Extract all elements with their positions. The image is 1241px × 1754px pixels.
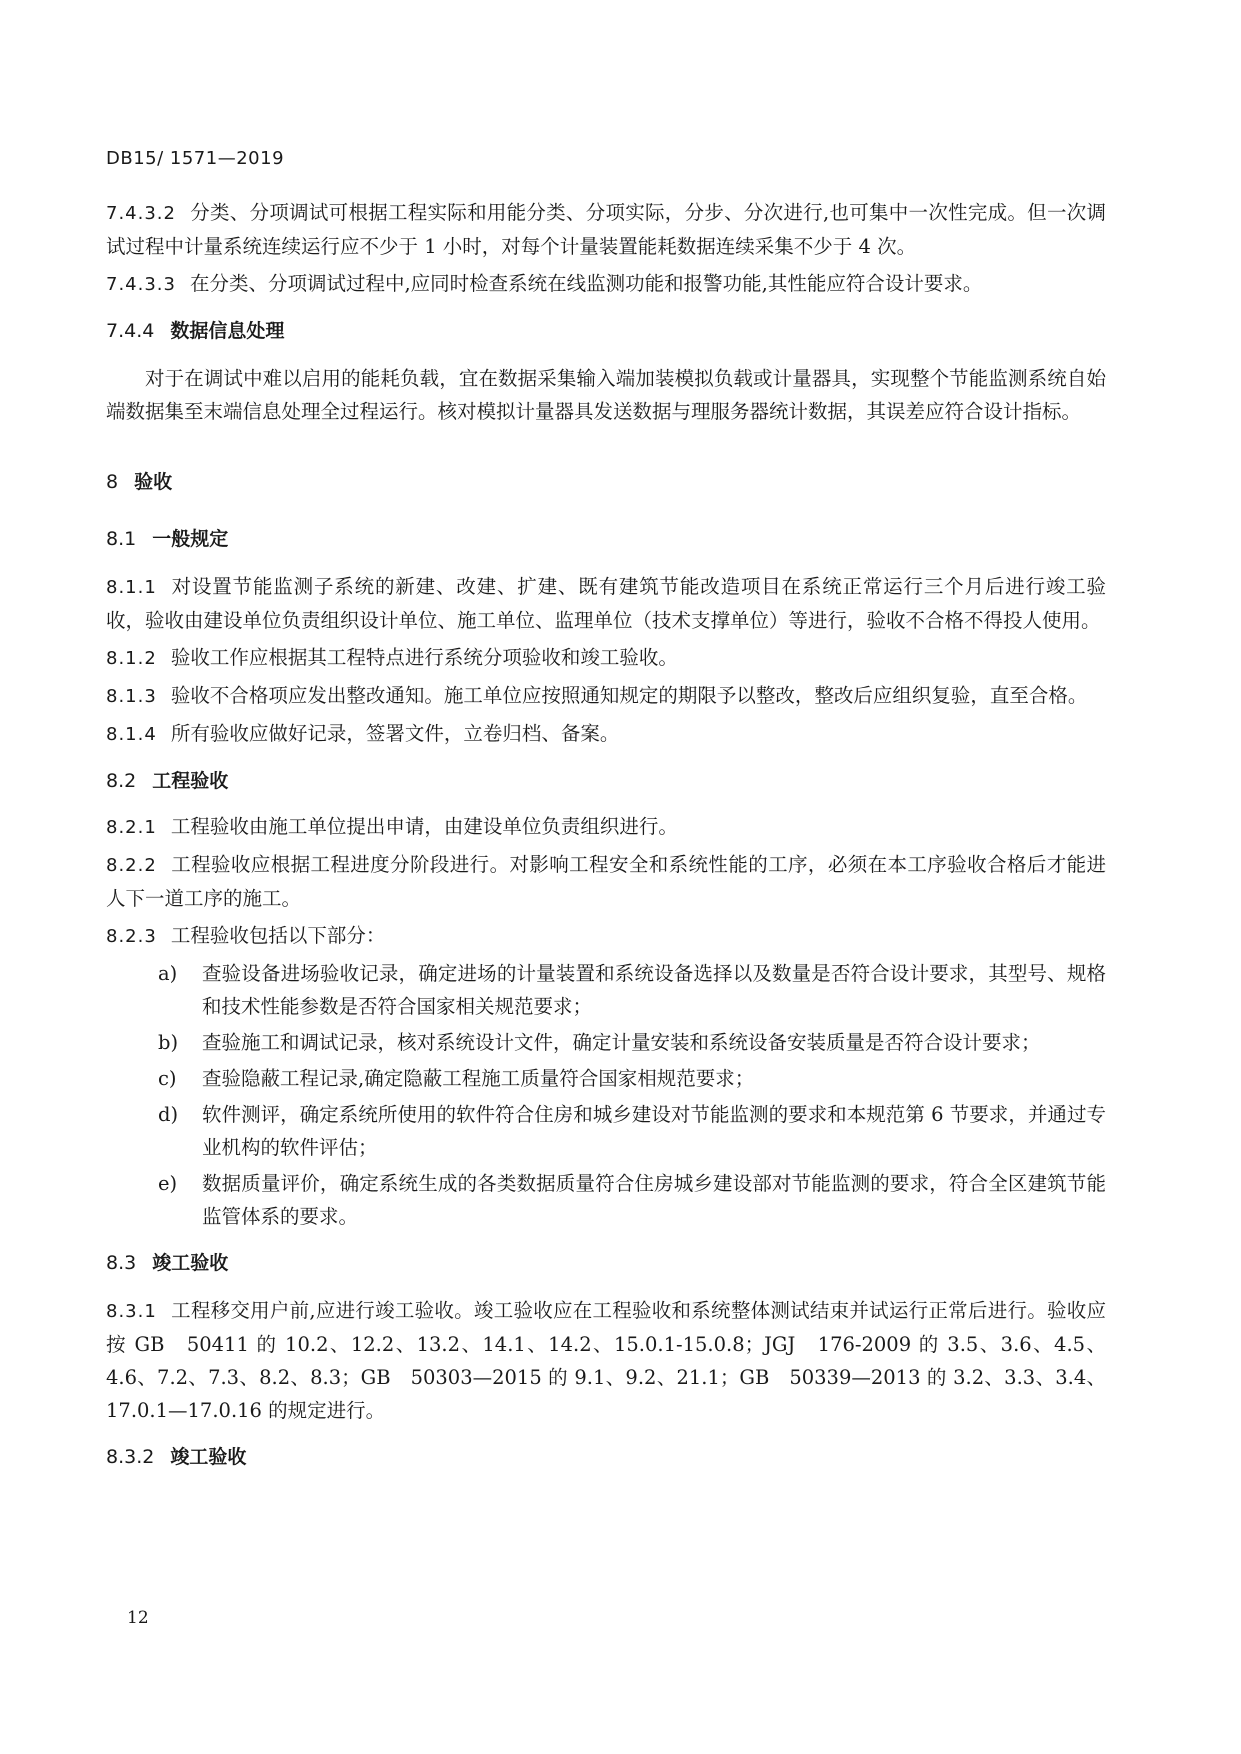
clause-number: 8.1.2 <box>106 648 157 669</box>
paragraph-7-4-4: 对于在调试中难以启用的能耗负载，宜在数据采集输入端加装模拟负载或计量器具，实现整… <box>106 362 1106 428</box>
heading-number: 8.3.2 <box>106 1446 154 1468</box>
list-marker: c) <box>158 1062 177 1095</box>
document-code: DB15/ 1571—2019 <box>106 148 284 169</box>
heading-8-3-2: 8.3.2竣工验收 <box>106 1441 1106 1474</box>
list-marker: a) <box>158 957 177 990</box>
clause-number: 8.3.1 <box>106 1301 157 1322</box>
document-body: 7.4.3.2分类、分项调试可根据工程实际和用能分类、分项实际，分步、分次进行,… <box>106 196 1106 1474</box>
clause-8-1-2: 8.1.2验收工作应根据其工程特点进行系统分项验收和竣工验收。 <box>106 641 1106 675</box>
heading-title: 工程验收 <box>152 770 228 792</box>
clause-number: 8.2.3 <box>106 926 157 947</box>
clause-number: 8.1.1 <box>106 577 157 598</box>
heading-number: 8 <box>106 471 118 493</box>
list-marker: e) <box>158 1167 177 1200</box>
clause-8-1-3: 8.1.3验收不合格项应发出整改通知。施工单位应按照通知规定的期限予以整改，整改… <box>106 679 1106 713</box>
heading-number: 8.3 <box>106 1252 136 1274</box>
heading-number: 8.1 <box>106 528 136 550</box>
list-item-text: 软件测评，确定系统所使用的软件符合住房和城乡建设对节能监测的要求和本规范第 6 … <box>202 1103 1106 1159</box>
clause-text: 工程移交用户前,应进行竣工验收。竣工验收应在工程验收和系统整体测试结束并试运行正… <box>106 1299 1106 1422</box>
clause-text: 分类、分项调试可根据工程实际和用能分类、分项实际，分步、分次进行,也可集中一次性… <box>106 201 1106 258</box>
heading-title: 一般规定 <box>152 528 228 550</box>
clause-text: 工程验收由施工单位提出申请，由建设单位负责组织进行。 <box>171 815 678 838</box>
heading-number: 7.4.4 <box>106 320 154 342</box>
clause-number: 7.4.3.2 <box>106 203 176 224</box>
list-marker: b) <box>158 1026 178 1059</box>
clause-8-2-1: 8.2.1工程验收由施工单位提出申请，由建设单位负责组织进行。 <box>106 810 1106 844</box>
clause-text: 工程验收应根据工程进度分阶段进行。对影响工程安全和系统性能的工序，必须在本工序验… <box>106 853 1106 910</box>
list-item-e: e) 数据质量评价，确定系统生成的各类数据质量符合住房城乡建设部对节能监测的要求… <box>106 1167 1106 1233</box>
clause-8-1-1: 8.1.1对设置节能监测子系统的新建、改建、扩建、既有建筑节能改造项目在系统正常… <box>106 570 1106 637</box>
clause-8-2-2: 8.2.2工程验收应根据工程进度分阶段进行。对影响工程安全和系统性能的工序，必须… <box>106 848 1106 915</box>
clause-8-1-4: 8.1.4所有验收应做好记录，签署文件，立卷归档、备案。 <box>106 717 1106 751</box>
clause-text: 在分类、分项调试过程中,应同时检查系统在线监测功能和报警功能,其性能应符合设计要… <box>190 272 982 295</box>
heading-title: 数据信息处理 <box>170 320 284 342</box>
clause-8-3-1: 8.3.1工程移交用户前,应进行竣工验收。竣工验收应在工程验收和系统整体测试结束… <box>106 1294 1106 1427</box>
heading-title: 验收 <box>134 471 172 493</box>
list-item-d: d) 软件测评，确定系统所使用的软件符合住房和城乡建设对节能监测的要求和本规范第… <box>106 1098 1106 1164</box>
list-item-text: 查验隐蔽工程记录,确定隐蔽工程施工质量符合国家相规范要求； <box>202 1067 754 1090</box>
document-page: DB15/ 1571—2019 7.4.3.2分类、分项调试可根据工程实际和用能… <box>0 0 1241 1754</box>
clause-number: 7.4.3.3 <box>106 274 176 295</box>
clause-8-2-3: 8.2.3工程验收包括以下部分： <box>106 919 1106 953</box>
list-item-text: 查验施工和调试记录，核对系统设计文件，确定计量安装和系统设备安装质量是否符合设计… <box>202 1031 1041 1054</box>
clause-text: 所有验收应做好记录，签署文件，立卷归档、备案。 <box>171 722 620 745</box>
page-number: 12 <box>127 1608 149 1628</box>
clause-text: 工程验收包括以下部分： <box>171 924 386 947</box>
heading-title: 竣工验收 <box>170 1446 246 1468</box>
heading-8-2: 8.2工程验收 <box>106 765 1106 798</box>
clause-text: 对设置节能监测子系统的新建、改建、扩建、既有建筑节能改造项目在系统正常运行三个月… <box>106 575 1106 632</box>
clause-text: 验收不合格项应发出整改通知。施工单位应按照通知规定的期限予以整改，整改后应组织复… <box>171 684 1088 707</box>
heading-title: 竣工验收 <box>152 1252 228 1274</box>
list-item-c: c) 查验隐蔽工程记录,确定隐蔽工程施工质量符合国家相规范要求； <box>106 1062 1106 1095</box>
heading-8-1: 8.1一般规定 <box>106 523 1106 556</box>
heading-8-3: 8.3竣工验收 <box>106 1247 1106 1280</box>
chapter-heading-8: 8验收 <box>106 466 1106 499</box>
list-item-text: 数据质量评价，确定系统生成的各类数据质量符合住房城乡建设部对节能监测的要求，符合… <box>202 1172 1106 1228</box>
list-marker: d) <box>158 1098 178 1131</box>
list-item-b: b) 查验施工和调试记录，核对系统设计文件，确定计量安装和系统设备安装质量是否符… <box>106 1026 1106 1059</box>
clause-number: 8.1.3 <box>106 686 157 707</box>
list-item-a: a) 查验设备进场验收记录，确定进场的计量装置和系统设备选择以及数量是否符合设计… <box>106 957 1106 1023</box>
clause-7-4-3-3: 7.4.3.3在分类、分项调试过程中,应同时检查系统在线监测功能和报警功能,其性… <box>106 267 1106 301</box>
clause-text: 验收工作应根据其工程特点进行系统分项验收和竣工验收。 <box>171 646 678 669</box>
clause-number: 8.2.1 <box>106 817 157 838</box>
clause-7-4-3-2: 7.4.3.2分类、分项调试可根据工程实际和用能分类、分项实际，分步、分次进行,… <box>106 196 1106 263</box>
clause-number: 8.2.2 <box>106 855 157 876</box>
heading-7-4-4: 7.4.4数据信息处理 <box>106 315 1106 348</box>
list-item-text: 查验设备进场验收记录，确定进场的计量装置和系统设备选择以及数量是否符合设计要求，… <box>202 962 1106 1018</box>
heading-number: 8.2 <box>106 770 136 792</box>
clause-number: 8.1.4 <box>106 724 157 745</box>
